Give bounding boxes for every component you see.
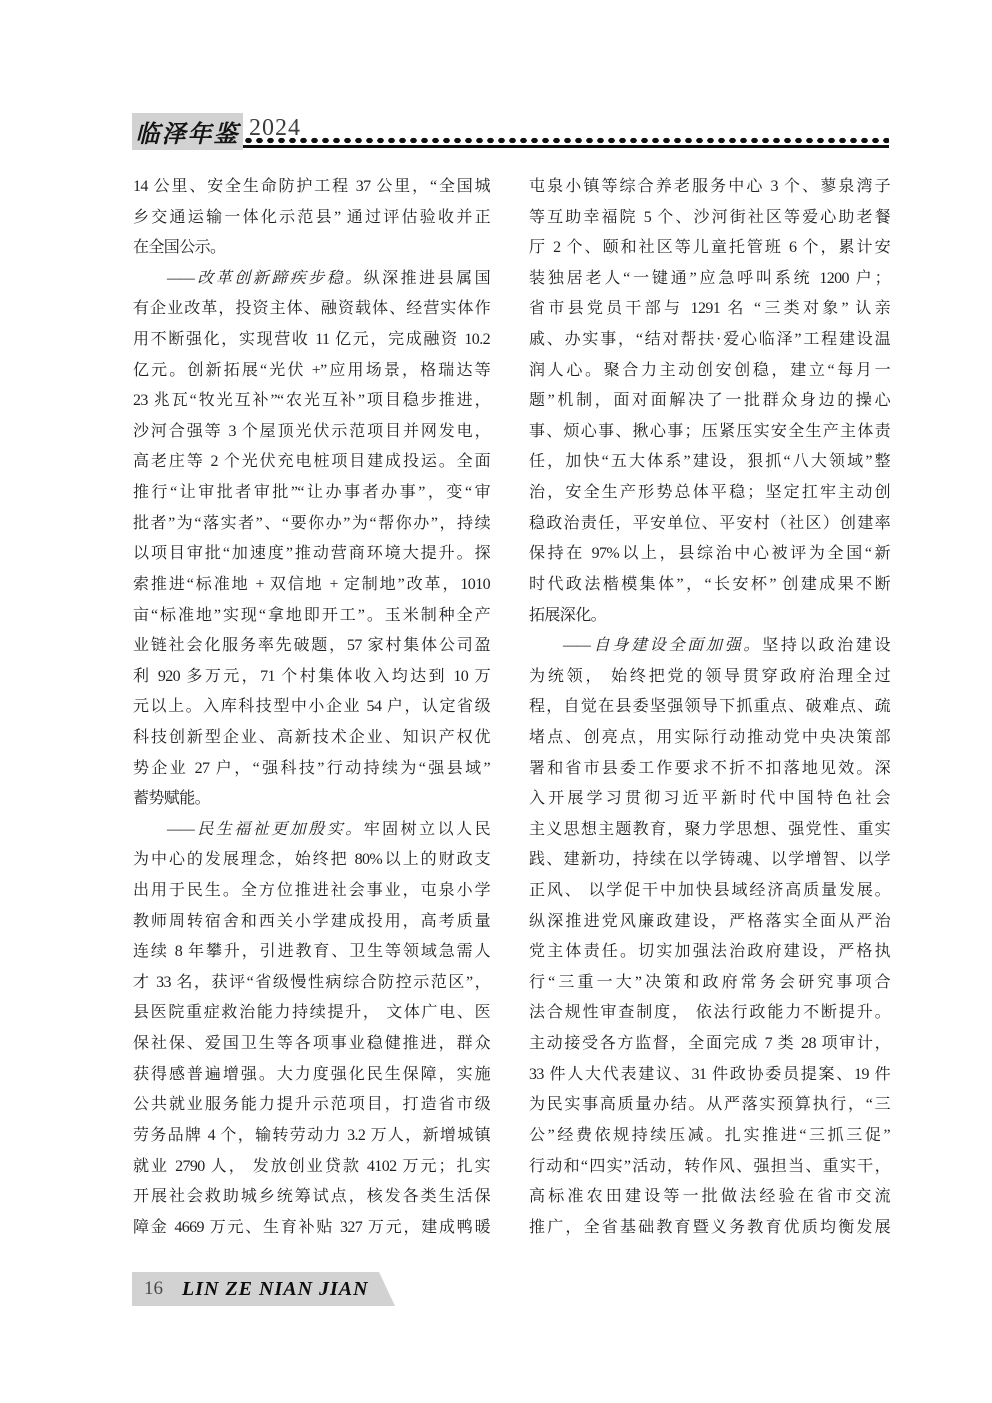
- line-text: 任，加快“五大体系”建设，狠抓“八大领域”整: [529, 453, 890, 470]
- text-line: 党主体责任。切实加强法治政府建设，严格执: [529, 937, 890, 968]
- line-text: 题”机制，面对面解决了一批群众身边的操心: [529, 392, 890, 409]
- line-text: 润人心。聚合力主动创安创稳，建立“每月一: [529, 362, 890, 379]
- text-line: 主义思想主题教育，聚力学思想、强党性、重实: [529, 815, 890, 846]
- line-text: 拓展深化。: [529, 607, 606, 624]
- line-text: 开展社会救助城乡统筹试点，核发各类生活保: [133, 1188, 490, 1205]
- line-text: 时代政法楷模集体”，“长安杯” 创建成果不断: [529, 576, 890, 593]
- text-line: 有企业改革，投资主体、融资载体、经营实体作: [133, 294, 490, 325]
- text-line: 23 兆瓦“牧光互补”“农光互补”项目稳步推进，: [133, 386, 490, 417]
- text-line: 稳政治责任，平安单位、平安村（社区）创建率: [529, 509, 890, 540]
- line-text: 稳政治责任，平安单位、平安村（社区）创建率: [529, 515, 890, 532]
- text-line: 连续 8 年攀升，引进教育、卫生等领域急需人: [133, 937, 490, 968]
- line-text: 高老庄等 2 个光伏充电桩项目建成投运。全面: [133, 453, 490, 470]
- text-line: 沙河合强等 3 个屋顶光伏示范项目并网发电，: [133, 417, 490, 448]
- line-text: 署和省市县委工作要求不折不扣落地见效。深: [529, 760, 890, 777]
- line-text: 就业 2790 人， 发放创业贷款 4102 万元；扎实: [133, 1158, 490, 1175]
- yearbook-page: 临泽年鉴 2024 14 公里、安全生命防护工程 37 公里，“全国城乡交通运输…: [0, 0, 992, 1403]
- line-text: 33 件人大代表建议、31 件政协委员提案、19 件: [529, 1066, 890, 1083]
- text-line: 索推进“标准地 + 双信地 + 定制地”改革，1010: [133, 570, 490, 601]
- text-line: 开展社会救助城乡统筹试点，核发各类生活保: [133, 1182, 490, 1213]
- footer-banner: 16 LIN ZE NIAN JIAN: [132, 1272, 395, 1306]
- text-line: 厅 2 个、颐和社区等儿童托管班 6 个，累计安: [529, 233, 890, 264]
- text-line: 戚、办实事，“结对帮扶·爱心临泽”工程建设温: [529, 325, 890, 356]
- text-line: 法合规性审查制度， 依法行政能力不断提升。: [529, 998, 890, 1029]
- line-text: 牢固树立以人民: [364, 821, 490, 838]
- line-text: 践、建新功，持续在以学铸魂、以学增智、以学: [529, 851, 890, 868]
- line-text: 行动和“四实”活动，转作风、强担当、重实干，: [529, 1158, 890, 1175]
- text-line: ——改革创新蹄疾步稳。纵深推进县属国: [133, 264, 490, 295]
- text-line: 为民实事高质量办结。从严落实预算执行，“三: [529, 1090, 890, 1121]
- text-line: 推广，全省基础教育暨义务教育优质均衡发展: [529, 1213, 890, 1244]
- line-text: 纵深推进县属国: [364, 270, 490, 287]
- line-text: 劳务品牌 4 个，输转劳动力 3.2 万人，新增城镇: [133, 1127, 490, 1144]
- text-line: 元以上。入库科技型中小企业 54 户，认定省级: [133, 692, 490, 723]
- line-text: 利 920 多万元，71 个村集体收入均达到 10 万: [133, 668, 490, 685]
- line-text: 23 兆瓦“牧光互补”“农光互补”项目稳步推进，: [133, 392, 490, 409]
- text-line: 公共就业服务能力提升示范项目，打造省市级: [133, 1090, 490, 1121]
- text-line: 行动和“四实”活动，转作风、强担当、重实干，: [529, 1152, 890, 1183]
- line-text: 纵深推进党风廉政建设，严格落实全面从严治: [529, 913, 890, 930]
- text-column-right: 屯泉小镇等综合养老服务中心 3 个、蓼泉湾子等互助幸福院 5 个、沙河街社区等爱…: [529, 172, 890, 1243]
- line-text: 乡交通运输一体化示范县” 通过评估验收并正: [133, 209, 490, 226]
- yearbook-logo: 临泽年鉴: [136, 114, 240, 149]
- yearbook-logo-box: 临泽年鉴: [132, 113, 243, 150]
- line-text: 在全国公示。: [133, 239, 225, 256]
- line-text: 获得感普遍增强。大力度强化民生保障，实施: [133, 1066, 490, 1083]
- line-text: 亿元。创新拓展“光伏 +”应用场景，格瑞达等: [133, 362, 490, 379]
- line-text: 高标准农田建设等一批做法经验在省市交流: [529, 1188, 890, 1205]
- line-text: 为统领， 始终把党的领导贯穿政府治理全过: [529, 668, 890, 685]
- line-text: 治，安全生产形势总体平稳；坚定扛牢主动创: [529, 484, 890, 501]
- text-line: ——自身建设全面加强。坚持以政治建设: [529, 631, 890, 662]
- line-text: 装独居老人“一键通”应急呼叫系统 1200 户；: [529, 270, 890, 287]
- section-heading: ——民生福祉更加殷实。: [167, 821, 364, 838]
- line-text: 业链社会化服务率先破题，57 家村集体公司盈: [133, 637, 490, 654]
- text-line: 才 33 名，获评“省级慢性病综合防控示范区”，: [133, 968, 490, 999]
- text-line: 任，加快“五大体系”建设，狠抓“八大领域”整: [529, 447, 890, 478]
- text-line: 蓄势赋能。: [133, 784, 490, 815]
- text-line: 获得感普遍增强。大力度强化民生保障，实施: [133, 1060, 490, 1091]
- text-line: 业链社会化服务率先破题，57 家村集体公司盈: [133, 631, 490, 662]
- text-line: 出用于民生。全方位推进社会事业，屯泉小学: [133, 876, 490, 907]
- text-line: 以项目审批“加速度”推动营商环境大提升。探: [133, 539, 490, 570]
- line-text: 批者”为“落实者”、“要你办”为“帮你办”，持续: [133, 515, 490, 532]
- line-text: 入开展学习贯彻习近平新时代中国特色社会: [529, 790, 890, 807]
- text-line: 主动接受各方监督，全面完成 7 类 28 项审计，: [529, 1029, 890, 1060]
- section-heading: ——改革创新蹄疾步稳。: [167, 270, 364, 287]
- text-line: 在全国公示。: [133, 233, 490, 264]
- text-line: ——民生福祉更加殷实。牢固树立以人民: [133, 815, 490, 846]
- footer-title: LIN ZE NIAN JIAN: [182, 1278, 369, 1301]
- text-line: 亩“标准地”实现“拿地即开工”。玉米制种全产: [133, 601, 490, 632]
- text-line: 用不断强化，实现营收 11 亿元，完成融资 10.2: [133, 325, 490, 356]
- text-line: 行“三重一大”决策和政府常务会研究事项合: [529, 968, 890, 999]
- text-line: 装独居老人“一键通”应急呼叫系统 1200 户；: [529, 264, 890, 295]
- text-line: 等互助幸福院 5 个、沙河街社区等爱心助老餐: [529, 203, 890, 234]
- line-text: 屯泉小镇等综合养老服务中心 3 个、蓼泉湾子: [529, 178, 890, 195]
- text-line: 省市县党员干部与 1291 名 “三类对象” 认亲: [529, 294, 890, 325]
- line-text: 推广，全省基础教育暨义务教育优质均衡发展: [529, 1219, 890, 1236]
- line-text: 程，自觉在县委坚强领导下抓重点、破难点、疏: [529, 698, 890, 715]
- text-line: 践、建新功，持续在以学铸魂、以学增智、以学: [529, 845, 890, 876]
- text-line: 县医院重症救治能力持续提升， 文体广电、医: [133, 998, 490, 1029]
- line-text: 保社保、爱国卫生等各项事业稳健推进，群众: [133, 1035, 490, 1052]
- text-line: 推行“让审批者审批”“让办事者办事”，变“审: [133, 478, 490, 509]
- text-line: 为中心的发展理念，始终把 80%以上的财政支: [133, 845, 490, 876]
- line-text: 有企业改革，投资主体、融资载体、经营实体作: [133, 300, 490, 317]
- line-text: 保持在 97%以上，县综治中心被评为全国“新: [529, 545, 890, 562]
- line-text: 索推进“标准地 + 双信地 + 定制地”改革，1010: [133, 576, 490, 593]
- line-text: 推行“让审批者审批”“让办事者办事”，变“审: [133, 484, 490, 501]
- text-line: 乡交通运输一体化示范县” 通过评估验收并正: [133, 203, 490, 234]
- text-line: 批者”为“落实者”、“要你办”为“帮你办”，持续: [133, 509, 490, 540]
- text-line: 纵深推进党风廉政建设，严格落实全面从严治: [529, 907, 890, 938]
- text-line: 利 920 多万元，71 个村集体收入均达到 10 万: [133, 662, 490, 693]
- line-text: 蓄势赋能。: [133, 790, 210, 807]
- text-line: 程，自觉在县委坚强领导下抓重点、破难点、疏: [529, 692, 890, 723]
- line-text: 正风、 以学促干中加快县域经济高质量发展。: [529, 882, 890, 899]
- text-line: 入开展学习贯彻习近平新时代中国特色社会: [529, 784, 890, 815]
- text-line: 润人心。聚合力主动创安创稳，建立“每月一: [529, 356, 890, 387]
- text-line: 屯泉小镇等综合养老服务中心 3 个、蓼泉湾子: [529, 172, 890, 203]
- line-text: 用不断强化，实现营收 11 亿元，完成融资 10.2: [133, 331, 490, 348]
- text-line: 高标准农田建设等一批做法经验在省市交流: [529, 1182, 890, 1213]
- text-line: 公”经费依规持续压减。扎实推进“三抓三促”: [529, 1121, 890, 1152]
- line-text: 坚持以政治建设: [762, 637, 890, 654]
- line-text: 主义思想主题教育，聚力学思想、强党性、重实: [529, 821, 890, 838]
- line-text: 为中心的发展理念，始终把 80%以上的财政支: [133, 851, 490, 868]
- text-line: 势企业 27 户，“强科技”行动持续为“强县域”: [133, 754, 490, 785]
- section-heading: ——自身建设全面加强。: [563, 637, 762, 654]
- text-line: 时代政法楷模集体”，“长安杯” 创建成果不断: [529, 570, 890, 601]
- text-line: 正风、 以学促干中加快县域经济高质量发展。: [529, 876, 890, 907]
- text-line: 拓展深化。: [529, 601, 890, 632]
- text-line: 教师周转宿舍和西关小学建成投用，高考质量: [133, 907, 490, 938]
- line-text: 以项目审批“加速度”推动营商环境大提升。探: [133, 545, 490, 562]
- text-line: 堵点、创亮点，用实际行动推动党中央决策部: [529, 723, 890, 754]
- text-line: 保社保、爱国卫生等各项事业稳健推进，群众: [133, 1029, 490, 1060]
- line-text: 堵点、创亮点，用实际行动推动党中央决策部: [529, 729, 890, 746]
- line-text: 公”经费依规持续压减。扎实推进“三抓三促”: [529, 1127, 890, 1144]
- line-text: 事、烦心事、揪心事；压紧压实安全生产主体责: [529, 423, 890, 440]
- line-text: 教师周转宿舍和西关小学建成投用，高考质量: [133, 913, 490, 930]
- text-line: 33 件人大代表建议、31 件政协委员提案、19 件: [529, 1060, 890, 1091]
- text-line: 就业 2790 人， 发放创业贷款 4102 万元；扎实: [133, 1152, 490, 1183]
- line-text: 元以上。入库科技型中小企业 54 户，认定省级: [133, 698, 490, 715]
- line-text: 连续 8 年攀升，引进教育、卫生等领域急需人: [133, 943, 490, 960]
- line-text: 才 33 名，获评“省级慢性病综合防控示范区”，: [133, 974, 490, 991]
- text-line: 劳务品牌 4 个，输转劳动力 3.2 万人，新增城镇: [133, 1121, 490, 1152]
- line-text: 出用于民生。全方位推进社会事业，屯泉小学: [133, 882, 490, 899]
- line-text: 等互助幸福院 5 个、沙河街社区等爱心助老餐: [529, 209, 890, 226]
- page-number: 16: [144, 1278, 163, 1300]
- text-line: 障金 4669 万元、生育补贴 327 万元，建成鸭暖: [133, 1213, 490, 1244]
- line-text: 14 公里、安全生命防护工程 37 公里，“全国城: [133, 178, 490, 195]
- line-text: 戚、办实事，“结对帮扶·爱心临泽”工程建设温: [529, 331, 890, 348]
- text-line: 署和省市县委工作要求不折不扣落地见效。深: [529, 754, 890, 785]
- line-text: 党主体责任。切实加强法治政府建设，严格执: [529, 943, 890, 960]
- line-text: 势企业 27 户，“强科技”行动持续为“强县域”: [133, 760, 490, 777]
- line-text: 为民实事高质量办结。从严落实预算执行，“三: [529, 1096, 890, 1113]
- text-line: 亿元。创新拓展“光伏 +”应用场景，格瑞达等: [133, 356, 490, 387]
- line-text: 沙河合强等 3 个屋顶光伏示范项目并网发电，: [133, 423, 490, 440]
- text-line: 科技创新型企业、高新技术企业、知识产权优: [133, 723, 490, 754]
- text-line: 14 公里、安全生命防护工程 37 公里，“全国城: [133, 172, 490, 203]
- wavy-rule-decoration: [243, 137, 889, 148]
- text-line: 题”机制，面对面解决了一批群众身边的操心: [529, 386, 890, 417]
- line-text: 省市县党员干部与 1291 名 “三类对象” 认亲: [529, 300, 890, 317]
- line-text: 公共就业服务能力提升示范项目，打造省市级: [133, 1096, 490, 1113]
- text-line: 高老庄等 2 个光伏充电桩项目建成投运。全面: [133, 447, 490, 478]
- line-text: 法合规性审查制度， 依法行政能力不断提升。: [529, 1004, 890, 1021]
- text-line: 治，安全生产形势总体平稳；坚定扛牢主动创: [529, 478, 890, 509]
- text-line: 为统领， 始终把党的领导贯穿政府治理全过: [529, 662, 890, 693]
- line-text: 主动接受各方监督，全面完成 7 类 28 项审计，: [529, 1035, 890, 1052]
- line-text: 科技创新型企业、高新技术企业、知识产权优: [133, 729, 490, 746]
- line-text: 行“三重一大”决策和政府常务会研究事项合: [529, 974, 890, 991]
- line-text: 县医院重症救治能力持续提升， 文体广电、医: [133, 1004, 490, 1021]
- line-text: 厅 2 个、颐和社区等儿童托管班 6 个，累计安: [529, 239, 890, 256]
- text-line: 事、烦心事、揪心事；压紧压实安全生产主体责: [529, 417, 890, 448]
- line-text: 障金 4669 万元、生育补贴 327 万元，建成鸭暖: [133, 1219, 490, 1236]
- text-column-left: 14 公里、安全生命防护工程 37 公里，“全国城乡交通运输一体化示范县” 通过…: [133, 172, 490, 1243]
- text-line: 保持在 97%以上，县综治中心被评为全国“新: [529, 539, 890, 570]
- line-text: 亩“标准地”实现“拿地即开工”。玉米制种全产: [133, 607, 490, 624]
